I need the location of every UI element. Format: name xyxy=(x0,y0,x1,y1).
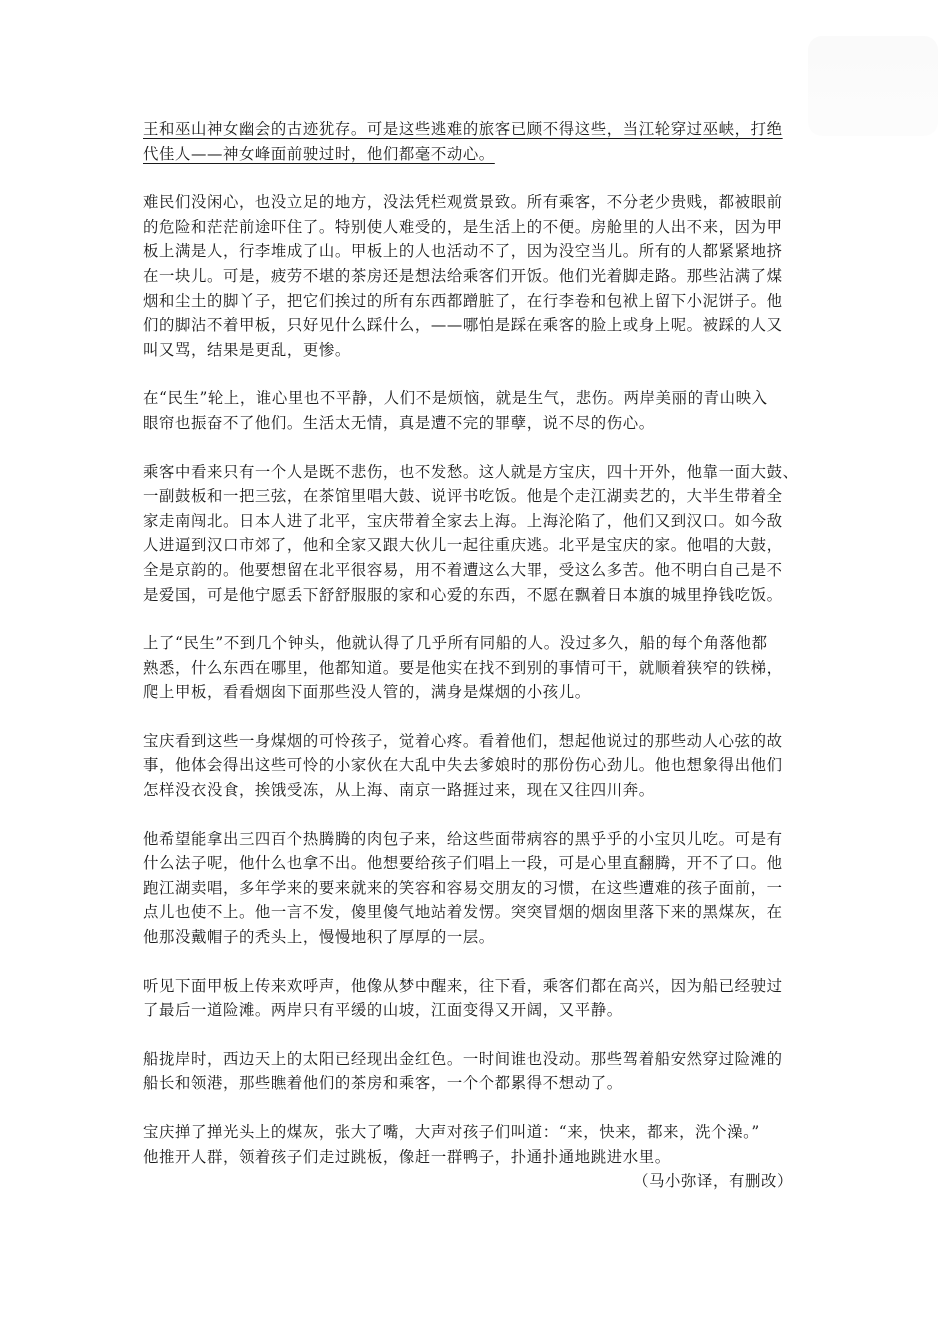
source-attribution: （马小弥译，有删改） xyxy=(143,1169,813,1194)
watermark xyxy=(808,36,938,136)
text-line: 全是京韵的。他要想留在北平很容易，用不着遭这么大罪，受这么多苦。他不明白自己是不 xyxy=(143,558,813,583)
text-line: 宝庆掸了掸光头上的煤灰，张大了嘴，大声对孩子们叫道：“来，快来，都来，洗个澡。” xyxy=(143,1120,813,1145)
text-line: 他那没戴帽子的秃头上，慢慢地积了厚厚的一层。 xyxy=(143,925,813,950)
text-line: 们的脚沾不着甲板，只好见什么踩什么，——哪怕是踩在乘客的脸上或身上呢。被踩的人又 xyxy=(143,313,813,338)
document-page: 王和巫山神女幽会的古迹犹存。可是这些逃难的旅客已顾不得这些，当江轮穿过巫峡，打绝… xyxy=(143,117,813,1194)
text-line: 了最后一道险滩。两岸只有平缓的山坡，江面变得又开阔，又平静。 xyxy=(143,998,813,1023)
text-line: 什么法子呢，他什么也拿不出。他想要给孩子们唱上一段，可是心里直翻腾，开不了口。他 xyxy=(143,851,813,876)
text-line: 上了“民生”不到几个钟头，他就认得了几乎所有同船的人。没过多久，船的每个角落他都 xyxy=(143,631,813,656)
text-line: 叫又骂，结果是更乱，更惨。 xyxy=(143,338,813,363)
text-line: 他推开人群，领着孩子们走过跳板，像赶一群鸭子，扑通扑通地跳进水里。 xyxy=(143,1145,813,1170)
text-line: 怎样没衣没食，挨饿受冻，从上海、南京一路捱过来，现在又往四川奔。 xyxy=(143,778,813,803)
text-line: 在一块儿。可是，疲劳不堪的茶房还是想法给乘客们开饭。他们光着脚走路。那些沾满了煤 xyxy=(143,264,813,289)
paragraph-2: 难民们没闲心，也没立足的地方，没法凭栏观赏景致。所有乘客，不分老少贵贱，都被眼前… xyxy=(143,190,813,362)
text-line: 熟悉，什么东西在哪里，他都知道。要是他实在找不到别的事情可干，就顺着狭窄的铁梯， xyxy=(143,656,813,681)
text-line: 爬上甲板，看看烟囱下面那些没人管的，满身是煤烟的小孩儿。 xyxy=(143,680,813,705)
text-line: 是爱国，可是他宁愿丢下舒舒服服的家和心爱的东西，不愿在飘着日本旗的城里挣钱吃饭。 xyxy=(143,583,813,608)
paragraph-6: 宝庆看到这些一身煤烟的可怜孩子，觉着心疼。看着他们，想起他说过的那些动人心弦的故… xyxy=(143,729,813,803)
text-line: 事，他体会得出这些可怜的小家伙在大乱中失去爹娘时的那份伤心劲儿。他也想象得出他们 xyxy=(143,753,813,778)
text-line: 的危险和茫茫前途吓住了。特别使人难受的，是生活上的不便。房舱里的人出不来，因为甲 xyxy=(143,215,813,240)
paragraph-5: 上了“民生”不到几个钟头，他就认得了几乎所有同船的人。没过多久，船的每个角落他都… xyxy=(143,631,813,705)
text-line: 船拢岸时，西边天上的太阳已经现出金红色。一时间谁也没动。那些驾着船安然穿过险滩的 xyxy=(143,1047,813,1072)
paragraph-10: 宝庆掸了掸光头上的煤灰，张大了嘴，大声对孩子们叫道：“来，快来，都来，洗个澡。”… xyxy=(143,1120,813,1169)
text-line: 他希望能拿出三四百个热腾腾的肉包子来，给这些面带病容的黑乎乎的小宝贝儿吃。可是有 xyxy=(143,827,813,852)
text-line-content: 王和巫山神女幽会的古迹犹存。可是这些逃难的旅客已顾不得这些，当江轮穿过巫峡，打绝 xyxy=(143,120,783,138)
paragraph-1-underlined: 王和巫山神女幽会的古迹犹存。可是这些逃难的旅客已顾不得这些，当江轮穿过巫峡，打绝… xyxy=(143,117,813,166)
text-line: 点儿也使不上。他一言不发，傻里傻气地站着发愣。突突冒烟的烟囱里落下来的黑煤灰，在 xyxy=(143,900,813,925)
text-line: 一副鼓板和一把三弦，在茶馆里唱大鼓、说评书吃饭。他是个走江湖卖艺的，大半生带着全 xyxy=(143,484,813,509)
text-line: 听见下面甲板上传来欢呼声，他像从梦中醒来，往下看，乘客们都在高兴，因为船已经驶过 xyxy=(143,974,813,999)
text-line: 宝庆看到这些一身煤烟的可怜孩子，觉着心疼。看着他们，想起他说过的那些动人心弦的故 xyxy=(143,729,813,754)
text-line: 眼帘也振奋不了他们。生活太无情，真是遭不完的罪孽，说不尽的伤心。 xyxy=(143,411,813,436)
paragraph-7: 他希望能拿出三四百个热腾腾的肉包子来，给这些面带病容的黑乎乎的小宝贝儿吃。可是有… xyxy=(143,827,813,950)
text-line: 代佳人——神女峰面前驶过时，他们都毫不动心。 xyxy=(143,142,813,167)
paragraph-4: 乘客中看来只有一个人是既不悲伤，也不发愁。这人就是方宝庆，四十开外，他靠一面大鼓… xyxy=(143,460,813,608)
paragraph-3: 在“民生”轮上，谁心里也不平静，人们不是烦恼，就是生气，悲伤。两岸美丽的青山映入… xyxy=(143,386,813,435)
text-line: 在“民生”轮上，谁心里也不平静，人们不是烦恼，就是生气，悲伤。两岸美丽的青山映入 xyxy=(143,386,813,411)
text-line: 烟和尘土的脚丫子，把它们挨过的所有东西都蹭脏了，在行李卷和包袱上留下小泥饼子。他 xyxy=(143,289,813,314)
text-line: 王和巫山神女幽会的古迹犹存。可是这些逃难的旅客已顾不得这些，当江轮穿过巫峡，打绝 xyxy=(143,117,813,142)
text-line: 跑江湖卖唱，多年学来的要来就来的笑容和容易交朋友的习惯，在这些遭难的孩子面前，一 xyxy=(143,876,813,901)
text-line-content: 代佳人——神女峰面前驶过时，他们都毫不动心。 xyxy=(143,145,495,163)
text-line: 板上满是人，行李堆成了山。甲板上的人也活动不了，因为没空当儿。所有的人都紧紧地挤 xyxy=(143,239,813,264)
text-line: 人进逼到汉口市郊了，他和全家又跟大伙儿一起往重庆逃。北平是宝庆的家。他唱的大鼓， xyxy=(143,533,813,558)
text-line: 难民们没闲心，也没立足的地方，没法凭栏观赏景致。所有乘客，不分老少贵贱，都被眼前 xyxy=(143,190,813,215)
text-line: 船长和领港，那些瞧着他们的茶房和乘客，一个个都累得不想动了。 xyxy=(143,1071,813,1096)
paragraph-8: 听见下面甲板上传来欢呼声，他像从梦中醒来，往下看，乘客们都在高兴，因为船已经驶过… xyxy=(143,974,813,1023)
text-line: 家走南闯北。日本人进了北平，宝庆带着全家去上海。上海沦陷了，他们又到汉口。如今敌 xyxy=(143,509,813,534)
paragraph-9: 船拢岸时，西边天上的太阳已经现出金红色。一时间谁也没动。那些驾着船安然穿过险滩的… xyxy=(143,1047,813,1096)
text-line: 乘客中看来只有一个人是既不悲伤，也不发愁。这人就是方宝庆，四十开外，他靠一面大鼓… xyxy=(143,460,813,485)
